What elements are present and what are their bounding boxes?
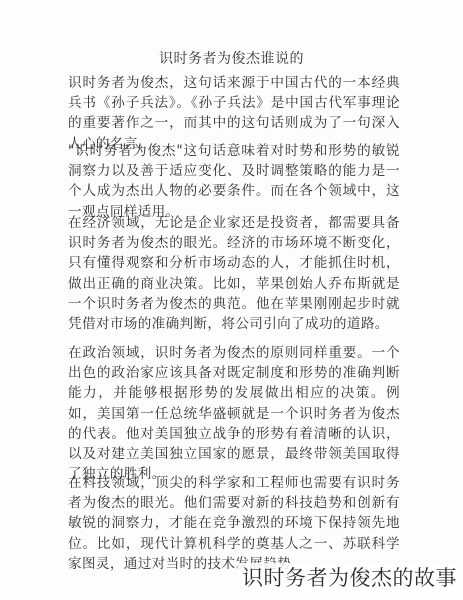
paragraph-politics: 在政治领域，识时务者为俊杰的原则同样重要。一个出色的政治家应该具备对既定制度和形…: [68, 343, 400, 484]
image-caption: 识时务者为俊杰的故事: [238, 563, 457, 593]
document-page: 识时务者为俊杰谁说的 识时务者为俊杰，这句话来源于中国古代的一本经典兵书《孙子兵…: [0, 0, 463, 600]
paragraph-economy: 在经济领域，无论是企业家还是投资者，都需要具备识时务者为俊杰的眼光。经济的市场环…: [68, 213, 400, 334]
document-title: 识时务者为俊杰谁说的: [0, 50, 463, 68]
paragraph-meaning: "识时务者为俊杰"这句话意味着对时势和形势的敏锐洞察力以及善于适应变化、及时调整…: [68, 141, 400, 222]
paragraph-technology: 在科技领域，顶尖的科学家和工程师也需要有识时务者为俊杰的眼光。他们需要对新的科技…: [68, 473, 400, 574]
